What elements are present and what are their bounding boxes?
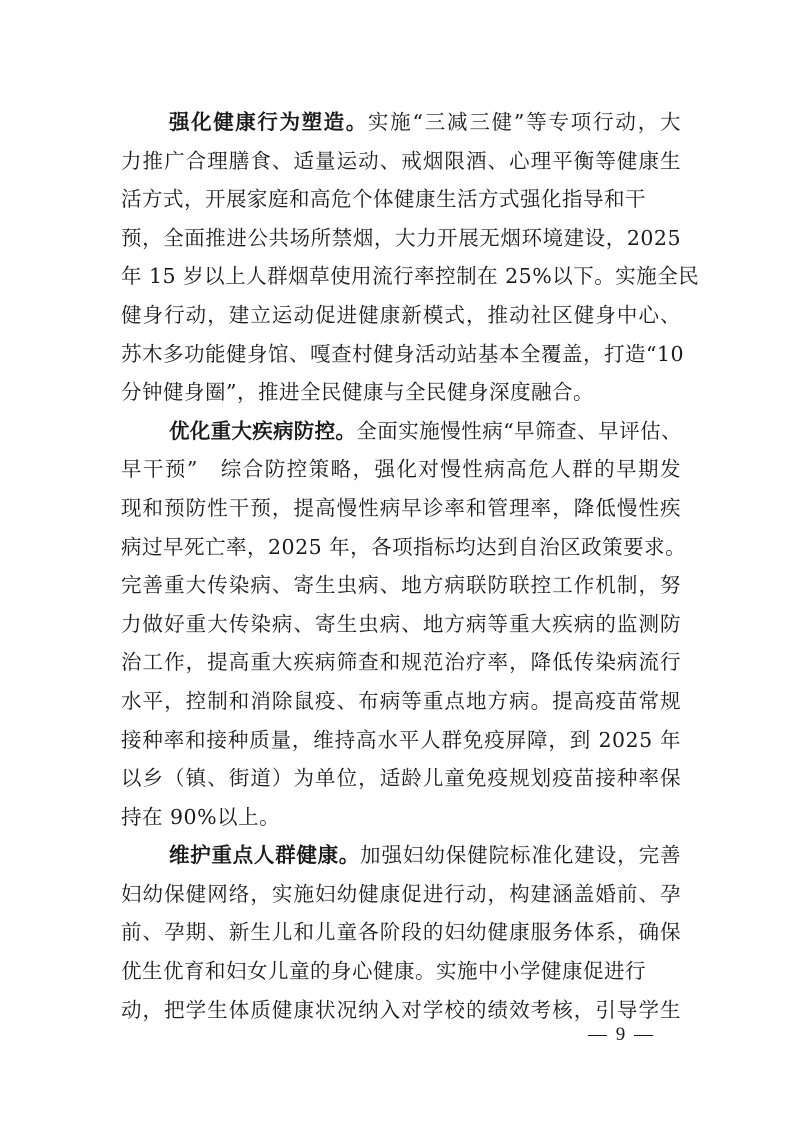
paragraph-line: 力做好重大传染病、寄生虫病、地方病等重大疾病的监测防 bbox=[121, 605, 681, 644]
paragraph-line: 妇幼保健网络，实施妇幼健康促进行动，构建涵盖婚前、孕 bbox=[121, 875, 681, 914]
paragraph-line: 病过早死亡率，2025 年，各项指标均达到自治区政策要求。 bbox=[121, 528, 681, 567]
paragraph-line: 维护重点人群健康。加强妇幼保健院标准化建设，完善 bbox=[121, 836, 681, 875]
paragraph-line: 早干预” 综合防控策略，强化对慢性病高危人群的早期发 bbox=[121, 450, 681, 489]
paragraph-disease-control: 优化重大疾病防控。全面实施慢性病“早筛查、早评估、 早干预” 综合防控策略，强化… bbox=[121, 412, 681, 837]
paragraph-key-populations: 维护重点人群健康。加强妇幼保健院标准化建设，完善 妇幼保健网络，实施妇幼健康促进… bbox=[121, 836, 681, 1029]
paragraph-health-behavior: 强化健康行为塑造。实施“三减三健”等专项行动，大 力推广合理膳食、适量运动、戒烟… bbox=[121, 103, 681, 412]
paragraph-line: 治工作，提高重大疾病筛查和规范治疗率，降低传染病流行 bbox=[121, 643, 681, 682]
paragraph-heading: 强化健康行为塑造。 bbox=[169, 110, 368, 134]
document-page: 强化健康行为塑造。实施“三减三健”等专项行动，大 力推广合理膳食、适量运动、戒烟… bbox=[0, 0, 793, 1122]
paragraph-line: 分钟健身圈”，推进全民健康与全民健身深度融合。 bbox=[121, 373, 681, 412]
paragraph-line: 预，全面推进公共场所禁烟，大力开展无烟环境建设，2025 bbox=[121, 219, 681, 258]
paragraph-line: 健身行动，建立运动促进健康新模式，推动社区健身中心、 bbox=[121, 296, 681, 335]
paragraph-line: 活方式，开展家庭和高危个体健康生活方式强化指导和干 bbox=[121, 180, 681, 219]
paragraph-line: 苏木多功能健身馆、嘎查村健身活动站基本全覆盖，打造“10 bbox=[121, 335, 681, 374]
paragraph-line: 完善重大传染病、寄生虫病、地方病联防联控工作机制，努 bbox=[121, 566, 681, 605]
paragraph-line: 持在 90%以上。 bbox=[121, 798, 681, 837]
paragraph-line: 水平，控制和消除鼠疫、布病等重点地方病。提高疫苗常规 bbox=[121, 682, 681, 721]
page-number: — 9 — bbox=[588, 1024, 655, 1046]
paragraph-line: 优生优育和妇女儿童的身心健康。实施中小学健康促进行 bbox=[121, 952, 681, 991]
paragraph-line: 力推广合理膳食、适量运动、戒烟限酒、心理平衡等健康生 bbox=[121, 142, 681, 181]
paragraph-line: 前、孕期、新生儿和儿童各阶段的妇幼健康服务体系，确保 bbox=[121, 913, 681, 952]
document-body: 强化健康行为塑造。实施“三减三健”等专项行动，大 力推广合理膳食、适量运动、戒烟… bbox=[121, 103, 681, 1029]
paragraph-line: 年 15 岁以上人群烟草使用流行率控制在 25%以下。实施全民 bbox=[121, 257, 681, 296]
paragraph-line: 接种率和接种质量，维持高水平人群免疫屏障，到 2025 年 bbox=[121, 721, 681, 760]
paragraph-line: 强化健康行为塑造。实施“三减三健”等专项行动，大 bbox=[121, 103, 681, 142]
paragraph-line: 现和预防性干预，提高慢性病早诊率和管理率，降低慢性疾 bbox=[121, 489, 681, 528]
paragraph-line: 以乡（镇、街道）为单位，适龄儿童免疫规划疫苗接种率保 bbox=[121, 759, 681, 798]
paragraph-line: 优化重大疾病防控。全面实施慢性病“早筛查、早评估、 bbox=[121, 412, 681, 451]
paragraph-heading: 维护重点人群健康。 bbox=[169, 843, 360, 867]
paragraph-heading: 优化重大疾病防控。 bbox=[169, 419, 356, 443]
